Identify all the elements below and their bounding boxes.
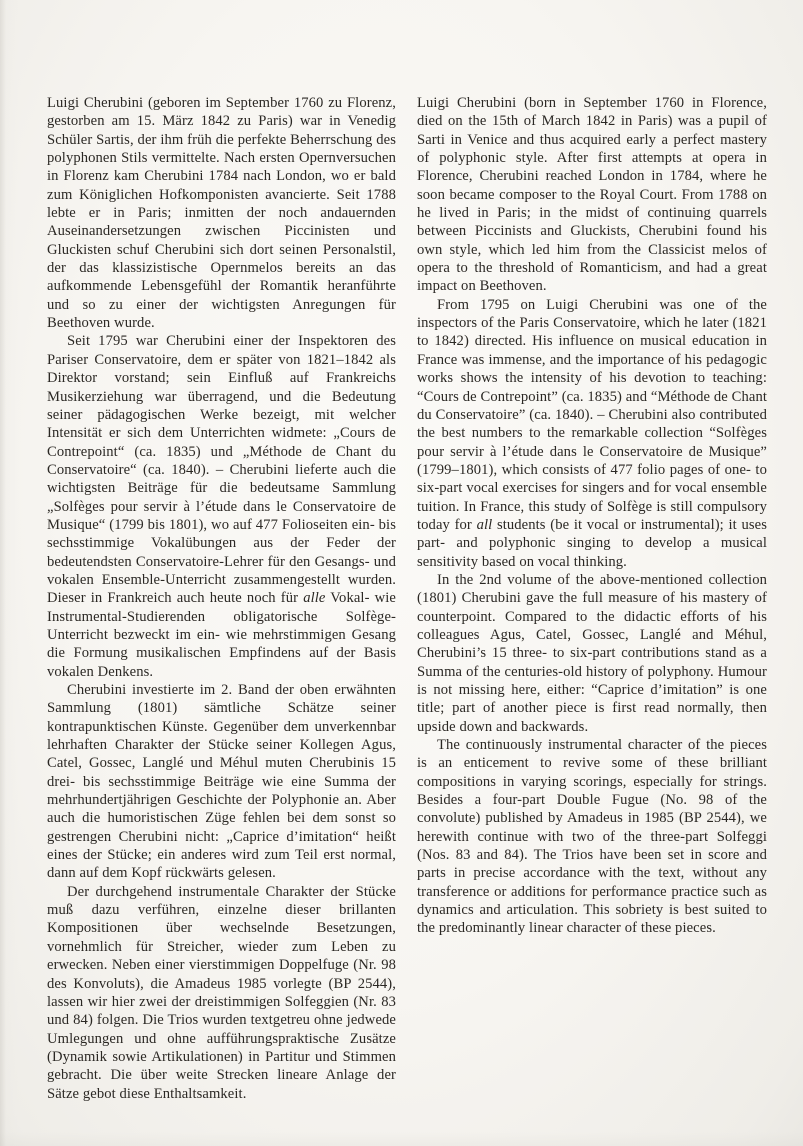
paragraph: Der durchgehend instrumentale Charakter … [47,883,396,1103]
body-text: The continuously instrumental character … [417,737,767,936]
body-text: In the 2nd volume of the above-mentioned… [417,572,767,735]
body-text: From 1795 on Luigi Cherubini was one of … [417,297,767,533]
body-text: Der durchgehend instrumentale Charakter … [47,884,396,1102]
body-text: Seit 1795 war Cherubini einer der Inspek… [47,333,396,606]
emphasized-text: alle [303,590,325,606]
emphasized-text: all [477,517,493,533]
paragraph: Luigi Cherubini (born in September 1760 … [417,94,767,296]
body-text: Cherubini investierte im 2. Band der obe… [47,682,396,881]
paragraph: Luigi Cherubini (geboren im September 17… [47,94,396,332]
paragraph: Cherubini investierte im 2. Band der obe… [47,681,396,883]
body-text: Luigi Cherubini (geboren im September 17… [47,95,396,331]
english-text-column: Luigi Cherubini (born in September 1760 … [417,94,767,938]
paragraph: Seit 1795 war Cherubini einer der Inspek… [47,332,396,681]
paragraph: From 1795 on Luigi Cherubini was one of … [417,296,767,571]
scanned-page: Luigi Cherubini (geboren im September 17… [0,0,803,1146]
paragraph: The continuously instrumental character … [417,736,767,938]
german-text-column: Luigi Cherubini (geboren im September 17… [47,94,396,1103]
body-text: Luigi Cherubini (born in September 1760 … [417,95,767,294]
paragraph: In the 2nd volume of the above-mentioned… [417,571,767,736]
